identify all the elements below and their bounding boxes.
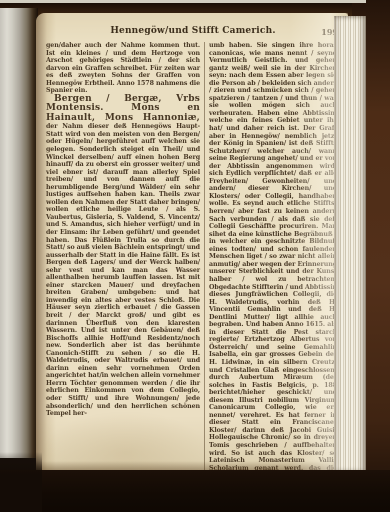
right-column: umb haben. Sie singen ihre horas canonic… [204,42,337,502]
right-column-paragraph-1: umb haben. Sie singen ihre horas canonic… [209,42,337,495]
left-column-paragraph-2-body: der Nahm dieser deß Hennegöws Haupt-Stat… [46,123,200,417]
left-column-paragraph-2: Bergen / Bergæ, Vrbs Montensis. Mons en … [46,95,200,418]
left-column: gen/daher auch der Nahme kommen thut. Is… [46,42,204,502]
fore-edge-page-stack [334,16,367,472]
facing-page-gutter [0,8,38,458]
page-header: Hennegöw/und Stifft Camerich. 199 [46,26,340,39]
background-bottom [0,470,390,512]
book-cover-right [366,0,390,512]
roman-place-heading: Bergen / Bergæ, Vrbs Montensis. Mons en … [46,94,200,123]
book-page: Hennegöw/und Stifft Camerich. 199 gen/da… [36,13,348,471]
bottom-left-shadow [0,452,42,512]
left-column-paragraph-1: gen/daher auch der Nahme kommen thut. Is… [46,42,200,95]
text-columns: gen/daher auch der Nahme kommen thut. Is… [46,42,340,502]
running-title: Hennegöw/und Stifft Camerich. [46,26,340,36]
page-text-block: Hennegöw/und Stifft Camerich. 199 gen/da… [46,26,340,502]
book-photograph: Hennegöw/und Stifft Camerich. 199 gen/da… [0,0,390,512]
